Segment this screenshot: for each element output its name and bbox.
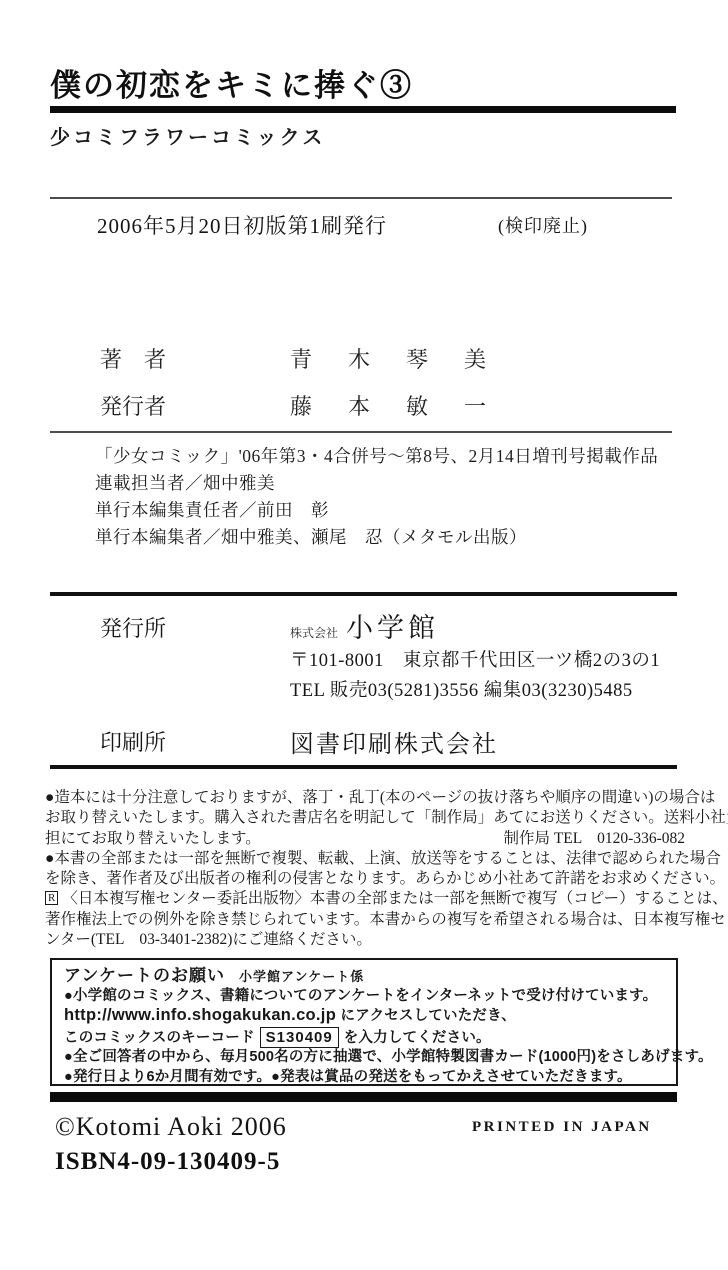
publisher-tel: TEL 販売03(5281)3556 編集03(3230)5485 <box>290 676 633 702</box>
survey-url-suffix: にアクセスしていただき、 <box>341 1008 516 1024</box>
copyright-notice: ©Kotomi Aoki 2006 <box>55 1112 287 1142</box>
imprint-label: 少コミフラワーコミックス <box>50 121 325 150</box>
legal-notice-text: 担にてお取り替えいたします。 <box>45 829 261 849</box>
inspection-note: (検印廃止) <box>498 212 588 238</box>
edition-date: 2006年5月20日初版第1刷発行 <box>97 210 387 240</box>
author-name: 青 木 琴 美 <box>290 343 493 374</box>
production-bureau-tel: 制作局 TEL 0120-336-082 <box>503 829 685 849</box>
survey-line: ●全ご回答者の中から、毎月500名の方に抽選で、小学館特製図書カード(1000円… <box>64 1048 676 1068</box>
survey-line: ●発行日より6か月間有効です。●発表は賞品の発送をもってかえさせていただきます。 <box>64 1068 676 1088</box>
footer-divider-rule <box>50 1092 677 1102</box>
rights-center-mark: R <box>45 891 58 905</box>
legal-notice-line: ●本書の全部または一部を無断で複製、転載、上演、放送等をすることは、法律で認めら… <box>45 849 685 869</box>
isbn-number: ISBN4-09-130409-5 <box>55 1148 280 1176</box>
printed-in-japan: PRINTED IN JAPAN <box>472 1119 652 1136</box>
colophon-page: 僕の初恋をキミに捧ぐ③ 少コミフラワーコミックス 2006年5月20日初版第1刷… <box>0 0 728 1270</box>
survey-keycode-suffix: を入力してください。 <box>344 1030 491 1046</box>
divider-rule <box>50 765 677 769</box>
volume-editors-line: 単行本編集者／畑中雅美、瀬尾 忍（メタモル出版） <box>95 524 658 551</box>
survey-line: ●小学館のコミックス、書籍についてのアンケートをインターネットで受け付けています… <box>64 987 676 1007</box>
author-label: 著 者 <box>100 343 166 374</box>
legal-notice-line: ●造本には十分注意しておりますが、落丁・乱丁(本のページの抜け落ちや順序の間違い… <box>45 788 685 808</box>
legal-notice-text: 〈日本複写権センター委託出版物〉本書の全部または一部を無断で複写（コピー）するこ… <box>62 890 727 907</box>
title-divider-rule <box>50 106 676 113</box>
legal-notice-line: R〈日本複写権センター委託出版物〉本書の全部または一部を無断で複写（コピー）する… <box>45 889 685 909</box>
legal-notice-line: ンター(TEL 03-3401-2382)にご連絡ください。 <box>45 930 685 950</box>
legal-notice-line: お取り替えいたします。購入された書店名を明記して「制作局」あてにお送りください。… <box>45 808 685 828</box>
printer-label: 印刷所 <box>100 726 166 757</box>
publisher-address: 〒101-8001 東京都千代田区一ツ橋2の3の1 <box>290 646 660 672</box>
survey-title: アンケートのお願い <box>64 966 225 985</box>
issuer-name: 藤 本 敏 一 <box>290 390 493 421</box>
legal-notice-line: を除き、著作者及び出版者の権利の侵害となります。あらかじめ小社あて許諾をお求めく… <box>45 869 685 889</box>
publisher-company-prefix: 株式会社 <box>290 626 338 640</box>
legal-notice-line: 担にてお取り替えいたします。 制作局 TEL 0120-336-082 <box>45 829 685 849</box>
survey-keycode-prefix: このコミックスのキーコード <box>64 1030 255 1046</box>
serial-editor-line: 連載担当者／畑中雅美 <box>95 470 658 497</box>
publisher-company-name: 小学館 <box>346 613 439 643</box>
legal-notice-block: ●造本には十分注意しておりますが、落丁・乱丁(本のページの抜け落ちや順序の間違い… <box>45 788 685 950</box>
serial-info-block: 「少女コミック」'06年第3・4合併号～第8号、2月14日増刊号掲載作品 連載担… <box>95 443 658 551</box>
survey-box: アンケートのお願い小学館アンケート係 ●小学館のコミックス、書籍についてのアンケ… <box>50 958 678 1086</box>
divider-rule <box>50 592 677 596</box>
publisher-label: 発行所 <box>100 612 166 643</box>
survey-dept: 小学館アンケート係 <box>239 969 364 984</box>
publisher-company: 株式会社小学館 <box>290 606 439 645</box>
serial-source-line: 「少女コミック」'06年第3・4合併号～第8号、2月14日増刊号掲載作品 <box>95 443 658 470</box>
book-title: 僕の初恋をキミに捧ぐ③ <box>50 60 413 105</box>
divider-rule <box>50 197 672 199</box>
survey-keycode: S130409 <box>260 1027 339 1049</box>
printer-name: 図書印刷株式会社 <box>290 724 498 759</box>
issuer-label: 発行者 <box>100 390 166 421</box>
divider-rule <box>50 431 672 433</box>
survey-url: http://www.info.shogakukan.co.jp <box>64 1006 336 1024</box>
legal-notice-line: 著作権法上での例外を除き禁じられています。本書からの複写を希望される場合は、日本… <box>45 910 685 930</box>
volume-chief-editor-line: 単行本編集責任者／前田 彰 <box>95 497 658 524</box>
